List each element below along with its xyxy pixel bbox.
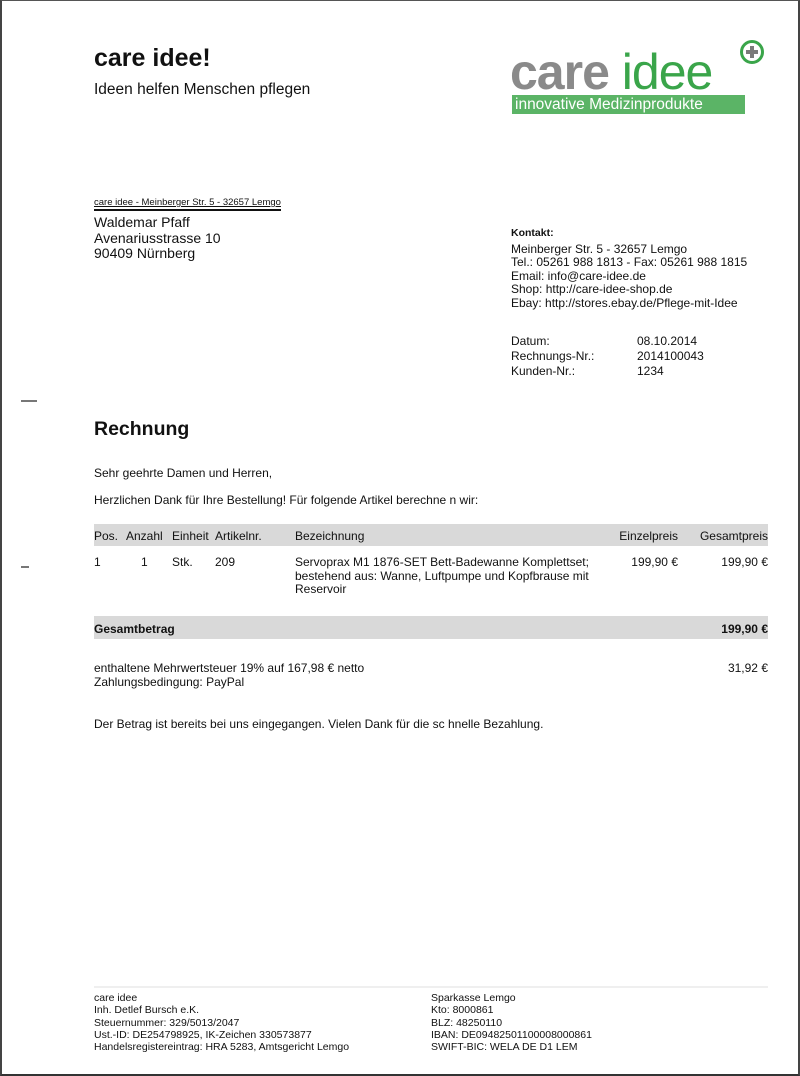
company-logo: care idee innovative Medizinprodukte [510, 40, 772, 116]
cell-einheit: Stk. [172, 556, 193, 570]
recipient-address: Waldemar Pfaff Avenariusstrasse 10 90409… [94, 215, 221, 262]
meta-date: Datum: 08.10.2014 [511, 334, 704, 349]
contact-email: Email: info@care-idee.de [511, 270, 747, 284]
cell-pos: 1 [94, 556, 101, 570]
logo-word-idee: idee [622, 44, 713, 100]
cell-einzelpreis: 199,90 € [631, 556, 678, 570]
recipient-name: Waldemar Pfaff [94, 215, 221, 231]
plus-circle-icon [740, 40, 764, 64]
contact-ebay: Ebay: http://stores.ebay.de/Pflege-mit-I… [511, 297, 747, 311]
footer-blz: BLZ: 48250110 [431, 1017, 592, 1029]
meta-invoice-number: Rechnungs-Nr.: 2014100043 [511, 349, 704, 364]
fold-mark [21, 400, 37, 402]
vat-text: enthaltene Mehrwertsteuer 19% auf 167,98… [94, 661, 768, 675]
vat-block: enthaltene Mehrwertsteuer 19% auf 167,98… [94, 661, 768, 689]
vat-value: 31,92 € [728, 661, 768, 675]
col-artikelnr: Artikelnr. [215, 529, 262, 543]
footer-account: Kto: 8000861 [431, 1004, 592, 1016]
footer-vat-id: Ust.-ID: DE254798925, IK-Zeichen 3305738… [94, 1029, 349, 1041]
contact-label: Kontakt: [511, 227, 747, 241]
meta-customer-number: Kunden-Nr.: 1234 [511, 364, 704, 379]
invoice-meta: Datum: 08.10.2014 Rechnungs-Nr.: 2014100… [511, 334, 704, 379]
footer-bank: Sparkasse Lemgo Kto: 8000861 BLZ: 482501… [431, 992, 592, 1053]
closing-text: Der Betrag ist bereits bei uns eingegang… [94, 717, 543, 731]
total-label: Gesamtbetrag [94, 622, 175, 636]
brand-tagline: Ideen helfen Menschen pflegen [94, 81, 310, 99]
contact-shop: Shop: http://care-idee-shop.de [511, 283, 747, 297]
col-einheit: Einheit [172, 529, 209, 543]
contact-block: Kontakt: Meinberger Str. 5 - 32657 Lemgo… [511, 227, 747, 310]
salutation: Sehr geehrte Damen und Herren, [94, 466, 272, 480]
brand-title: care idee! [94, 44, 211, 73]
total-value: 199,90 € [721, 622, 768, 636]
col-einzelpreis: Einzelpreis [619, 529, 678, 543]
meta-date-value: 08.10.2014 [637, 334, 697, 349]
cell-bezeichnung: Servoprax M1 1876-SET Bett-Badewanne Kom… [295, 556, 615, 597]
col-bezeichnung: Bezeichnung [295, 529, 615, 543]
col-pos: Pos. [94, 529, 118, 543]
logo-wordmark: care idee [510, 42, 712, 102]
recipient-street: Avenariusstrasse 10 [94, 231, 221, 247]
footer-company-name: care idee [94, 992, 349, 1004]
logo-banner: innovative Medizinprodukte [512, 95, 745, 114]
footer-owner: Inh. Detlef Bursch e.K. [94, 1004, 349, 1016]
line-items-table: Pos. Anzahl Einheit Artikelnr. Bezeichnu… [94, 524, 768, 630]
footer-bic: SWIFT-BIC: WELA DE D1 LEM [431, 1041, 592, 1053]
footer-divider [94, 986, 768, 988]
intro-text: Herzlichen Dank für Ihre Bestellung! Für… [94, 493, 478, 507]
table-header: Pos. Anzahl Einheit Artikelnr. Bezeichnu… [94, 524, 768, 546]
cell-artikelnr: 209 [215, 556, 235, 570]
contact-address: Meinberger Str. 5 - 32657 Lemgo [511, 243, 747, 257]
payment-terms: Zahlungsbedingung: PayPal [94, 675, 768, 689]
total-row: Gesamtbetrag 199,90 € [94, 616, 768, 639]
meta-date-label: Datum: [511, 334, 637, 349]
recipient-city: 90409 Nürnberg [94, 246, 221, 262]
sender-return-address: care idee - Meinberger Str. 5 - 32657 Le… [94, 197, 281, 211]
document-title: Rechnung [94, 418, 189, 441]
meta-customer-number-label: Kunden-Nr.: [511, 364, 637, 379]
col-gesamtpreis: Gesamtpreis [700, 529, 768, 543]
contact-phone-fax: Tel.: 05261 988 1813 - Fax: 05261 988 18… [511, 256, 747, 270]
cell-anzahl: 1 [141, 556, 148, 570]
footer-company: care idee Inh. Detlef Bursch e.K. Steuer… [94, 992, 349, 1053]
col-anzahl: Anzahl [126, 529, 163, 543]
footer-iban: IBAN: DE09482501100008000861 [431, 1029, 592, 1041]
meta-customer-number-value: 1234 [637, 364, 664, 379]
footer-tax-number: Steuernummer: 329/5013/2047 [94, 1017, 349, 1029]
punch-mark [21, 566, 29, 568]
meta-invoice-number-label: Rechnungs-Nr.: [511, 349, 637, 364]
logo-word-care: care [510, 44, 609, 100]
cell-gesamtpreis: 199,90 € [721, 556, 768, 570]
footer-register: Handelsregistereintrag: HRA 5283, Amtsge… [94, 1041, 349, 1053]
meta-invoice-number-value: 2014100043 [637, 349, 704, 364]
footer-bank-name: Sparkasse Lemgo [431, 992, 592, 1004]
